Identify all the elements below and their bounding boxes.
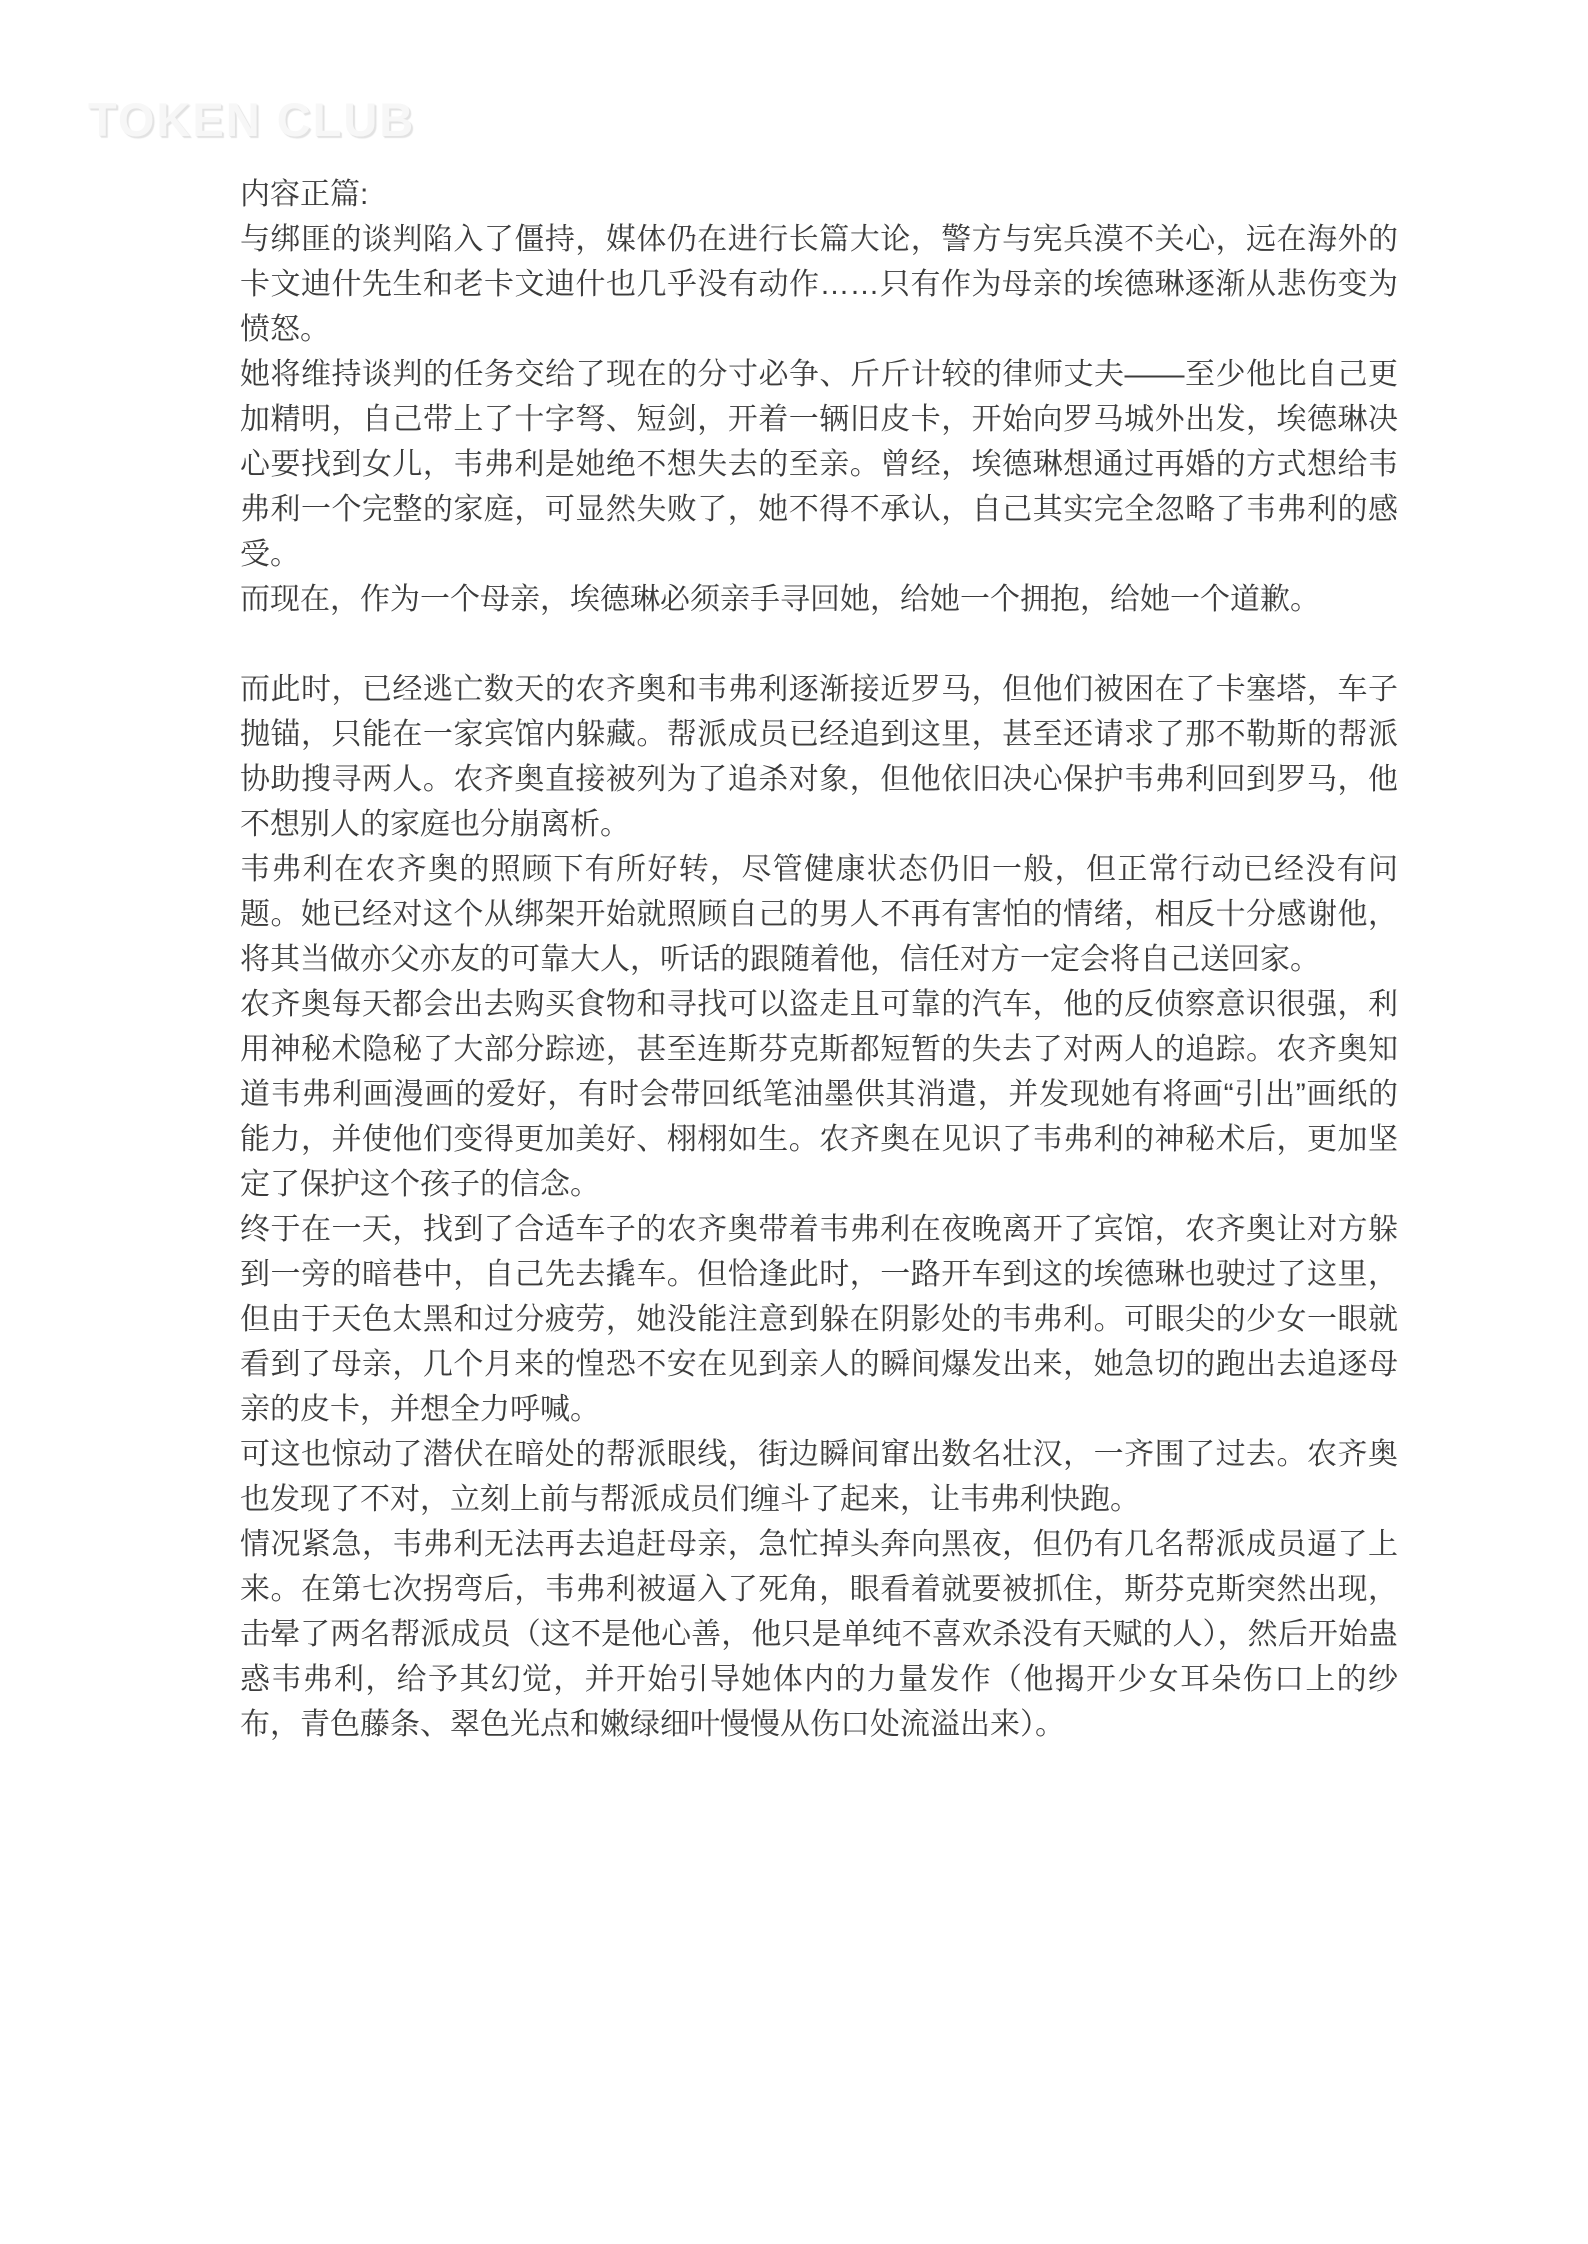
document-page: TOKEN CLUB 内容正篇: 与绑匪的谈判陷入了僵持，媒体仍在进行长篇大论，…: [0, 0, 1588, 2244]
paragraph: 终于在一天，找到了合适车子的农齐奥带着韦弗利在夜晚离开了宾馆，农齐奥让对方躲到一…: [240, 1207, 1398, 1432]
token-club-watermark: TOKEN CLUB: [88, 92, 415, 147]
paragraph: 她将维持谈判的任务交给了现在的分寸必争、斤斤计较的律师丈夫——至少他比自己更加精…: [240, 352, 1398, 577]
paragraph: 农齐奥每天都会出去购买食物和寻找可以盗走且可靠的汽车，他的反侦察意识很强，利用神…: [240, 982, 1398, 1207]
paragraph: 与绑匪的谈判陷入了僵持，媒体仍在进行长篇大论，警方与宪兵漠不关心，远在海外的卡文…: [240, 217, 1398, 352]
document-body: 内容正篇: 与绑匪的谈判陷入了僵持，媒体仍在进行长篇大论，警方与宪兵漠不关心，远…: [240, 172, 1398, 1747]
paragraph: 韦弗利在农齐奥的照顾下有所好转，尽管健康状态仍旧一般，但正常行动已经没有问题。她…: [240, 847, 1398, 982]
paragraph-spacer: [240, 622, 1398, 667]
paragraph: 情况紧急，韦弗利无法再去追赶母亲，急忙掉头奔向黑夜，但仍有几名帮派成员逼了上来。…: [240, 1522, 1398, 1747]
paragraph: 可这也惊动了潜伏在暗处的帮派眼线，街边瞬间窜出数名壮汉，一齐围了过去。农齐奥也发…: [240, 1432, 1398, 1522]
paragraph: 而现在，作为一个母亲，埃德琳必须亲手寻回她，给她一个拥抱，给她一个道歉。: [240, 577, 1398, 622]
paragraph: 而此时，已经逃亡数天的农齐奥和韦弗利逐渐接近罗马，但他们被困在了卡塞塔，车子抛锚…: [240, 667, 1398, 847]
section-title: 内容正篇:: [240, 172, 1398, 217]
